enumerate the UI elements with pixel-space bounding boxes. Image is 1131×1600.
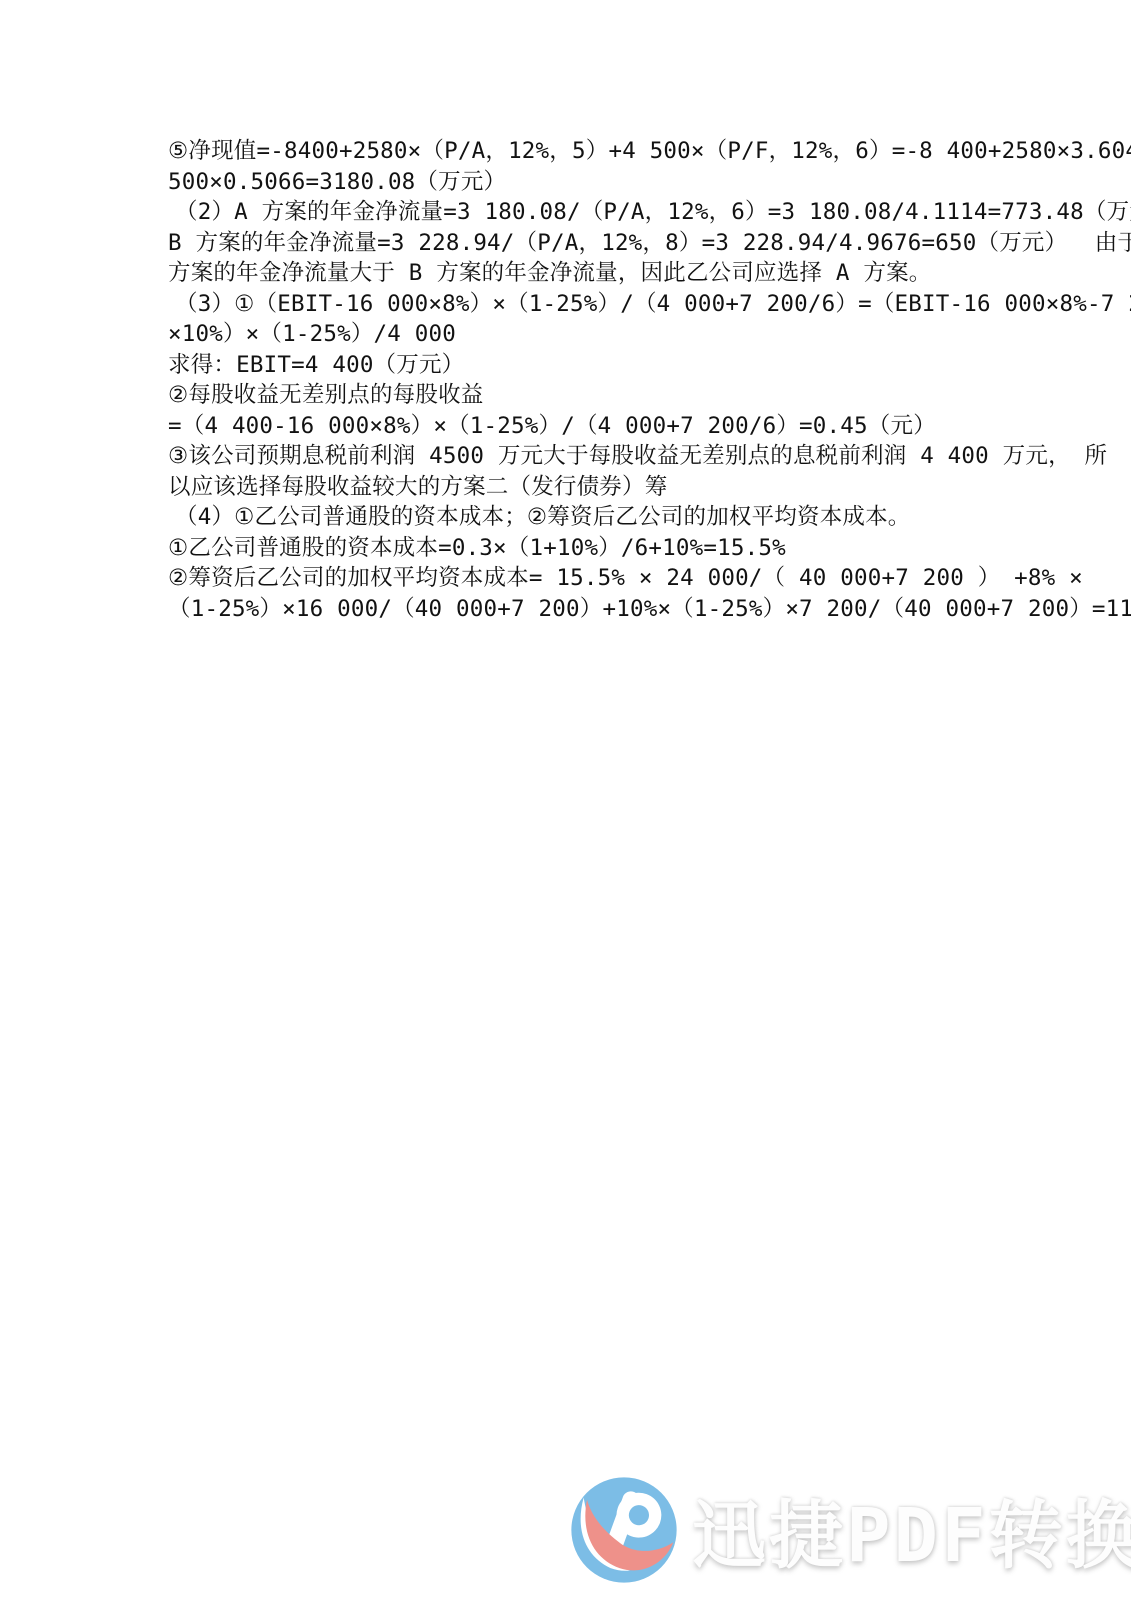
text-line: （1-25%）×16 000/（40 000+7 200）+10%×（1-25%… — [168, 594, 968, 625]
converter-brand-text: 迅捷PDF转换器 — [692, 1477, 1131, 1583]
text-line: ③该公司预期息税前利润 4500 万元大于每股收益无差别点的息税前利润 4 40… — [168, 441, 968, 472]
text-line: （2）A 方案的年金净流量=3 180.08/（P/A，12%，6）=3 180… — [168, 197, 968, 228]
text-line: ×10%）×（1-25%）/4 000 — [168, 319, 968, 350]
text-line: ①乙公司普通股的资本成本=0.3×（1+10%）/6+10%=15.5% — [168, 533, 968, 564]
text-line: ②筹资后乙公司的加权平均资本成本= 15.5% × 24 000/（ 40 00… — [168, 563, 968, 594]
text-line: 求得：EBIT=4 400（万元） — [168, 350, 968, 381]
text-line: =（4 400-16 000×8%）×（1-25%）/（4 000+7 200/… — [168, 411, 968, 442]
converter-watermark: 迅捷PDF转换器 — [568, 1474, 1131, 1586]
answer-text-block: ⑤净现值=-8400+2580×（P/A，12%，5）+4 500×（P/F，1… — [168, 136, 968, 624]
text-line: 500×0.5066=3180.08（万元） — [168, 167, 968, 198]
text-line: （3）①（EBIT-16 000×8%）×（1-25%）/（4 000+7 20… — [168, 289, 968, 320]
text-line: 方案的年金净流量大于 B 方案的年金净流量，因此乙公司应选择 A 方案。 — [168, 258, 968, 289]
document-page: ⑤净现值=-8400+2580×（P/A，12%，5）+4 500×（P/F，1… — [0, 0, 1131, 1600]
text-line: （4）①乙公司普通股的资本成本；②筹资后乙公司的加权平均资本成本。 — [168, 502, 968, 533]
pdf-converter-logo-icon — [568, 1474, 680, 1586]
text-line: ②每股收益无差别点的每股收益 — [168, 380, 968, 411]
text-line: B 方案的年金净流量=3 228.94/（P/A，12%，8）=3 228.94… — [168, 228, 968, 259]
text-line: 以应该选择每股收益较大的方案二（发行债券）筹 — [168, 472, 968, 503]
text-line: ⑤净现值=-8400+2580×（P/A，12%，5）+4 500×（P/F，1… — [168, 136, 968, 167]
